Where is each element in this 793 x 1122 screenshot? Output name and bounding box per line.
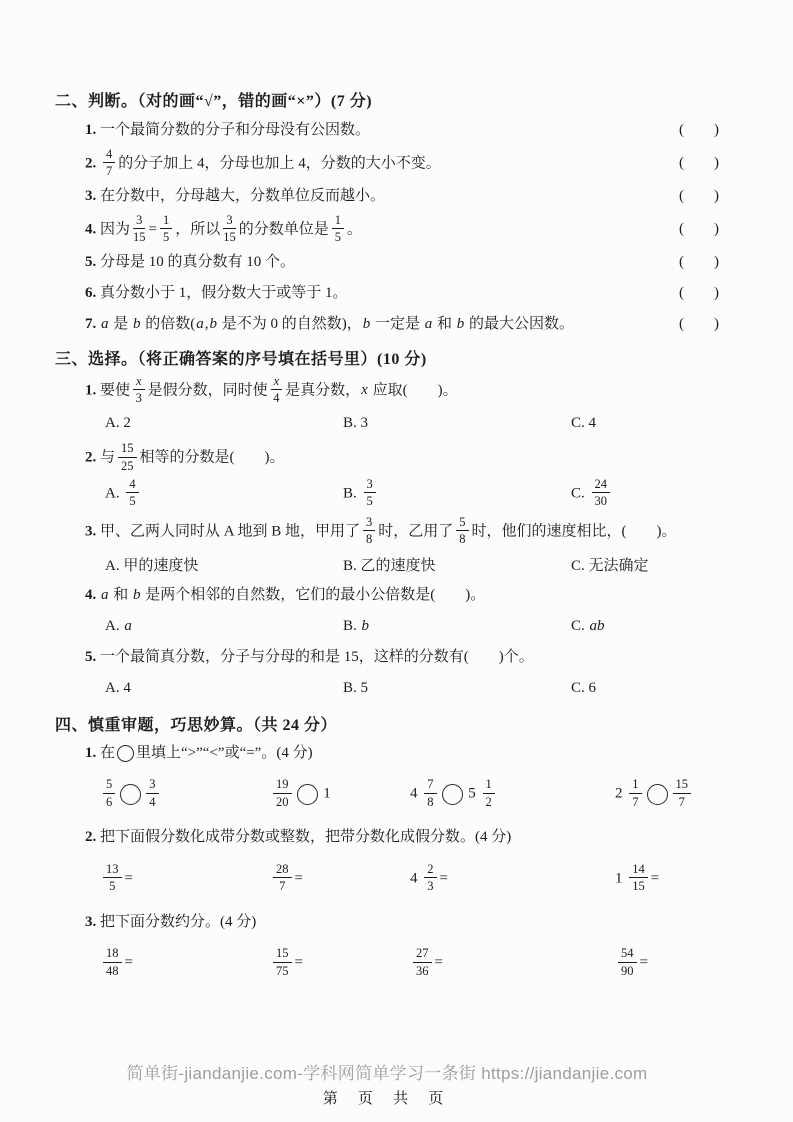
text-run: 是真分数， [285, 382, 360, 398]
text-run: 甲、乙两人同时从 A 地到 B 地，甲用了 [100, 523, 360, 539]
math-variable: b [362, 316, 372, 332]
text-run: C. 4 [571, 415, 596, 431]
choice-q2-stem: 2. 与1525相等的分数是( )。 [85, 442, 719, 474]
option-b: B. 35 [343, 478, 571, 510]
compare-expression: 1920 1 [270, 778, 410, 810]
text-run: 是两个相邻的自然数，它们的最小公倍数是( )。 [142, 587, 486, 603]
text-run: 的最大公因数。 [465, 316, 574, 332]
text-run: = [440, 870, 448, 886]
text-run: 的分数单位是 [239, 221, 329, 237]
fraction-denominator: 4 [273, 390, 279, 405]
compare-circle [647, 784, 668, 805]
text-run: 时，他们的速度相比，( )。 [472, 523, 677, 539]
section-calc-title: 四、慎重审题，巧思妙算。（共 24 分） [55, 712, 719, 735]
fraction: 56 [103, 777, 115, 809]
text-run: = [295, 954, 303, 970]
text-run: 和 [433, 316, 456, 332]
item-number: 5. [85, 649, 100, 665]
text-run: = [651, 870, 659, 886]
fraction-numerator: 5 [456, 515, 468, 531]
fraction-numerator: 5 [103, 777, 115, 793]
worksheet-page: 二、判断。（对的画“√”，错的画“×”）(7 分) 1. 一个最简分数的分子和分… [0, 0, 793, 1122]
fraction: 287 [273, 862, 292, 894]
page-footer: 简单街-jiandanjie.com-学科网简单学习一条街 https://ji… [55, 1059, 719, 1108]
answer-paren-slot: ( ) [679, 219, 719, 241]
fraction: 1848 [103, 946, 122, 978]
judge-item-text: 7. a 是 b 的倍数(a,b 是不为 0 的自然数)，b 一定是 a 和 b… [85, 314, 669, 336]
fraction-numerator: x [271, 374, 283, 390]
text-run: , [205, 316, 209, 332]
compare-circle [117, 745, 134, 762]
fraction-numerator: 27 [413, 946, 432, 962]
fraction: 35 [364, 477, 376, 509]
text-run: 的分子加上 4，分母也加上 4，分数的大小不变。 [118, 155, 441, 171]
fraction: 17 [629, 777, 641, 809]
fraction-numerator: x [133, 374, 145, 390]
fraction-denominator: 36 [416, 963, 429, 978]
math-variable: a [195, 316, 205, 332]
fraction-numerator: 28 [273, 862, 292, 878]
text-run: 四、慎重审题，巧思妙算。（共 24 分） [55, 717, 337, 734]
fraction: 135 [103, 862, 122, 894]
judge-item-text: 2. 47的分子加上 4，分母也加上 4，分数的大小不变。 [85, 148, 669, 180]
text-run: A. [105, 618, 123, 634]
option-b: B. 3 [343, 415, 571, 432]
compare-expression: 5634 [100, 778, 270, 810]
option-c: C. 4 [571, 415, 719, 432]
option-a: A. 4 [105, 680, 343, 697]
text-run: A. 2 [105, 415, 131, 431]
simplify-expression: 1848= [100, 947, 270, 979]
math-variable: b [132, 587, 142, 603]
section-calc: 四、慎重审题，巧思妙算。（共 24 分） 1. 在里填上“>”“<”或“=”。(… [55, 708, 719, 996]
fraction-denominator: 4 [149, 794, 155, 809]
calc-sub2-prompt: 2. 把下面假分数化成带分数或整数，把带分数化成假分数。(4 分) [85, 826, 719, 849]
text-run: B. 5 [343, 680, 368, 696]
section-judge: 二、判断。（对的画“√”，错的画“×”）(7 分) 1. 一个最简分数的分子和分… [55, 84, 719, 342]
fraction: x3 [133, 374, 145, 406]
option-a: A. a [105, 618, 343, 635]
fraction: 5490 [618, 946, 637, 978]
compare-expression: 4 78 5 12 [410, 778, 615, 810]
math-variable: ab [589, 618, 606, 634]
fraction-numerator: 54 [618, 946, 637, 962]
math-variable: a [100, 316, 110, 332]
fraction-denominator: 90 [621, 963, 634, 978]
judge-item-text: 4. 因为315=15，所以315的分数单位是15。 [85, 214, 669, 246]
fraction-numerator: 15 [673, 777, 692, 793]
text-run: 2 [615, 785, 626, 801]
simplify-expression: 5490= [615, 947, 719, 979]
item-number: 5. [85, 254, 100, 270]
fraction-numerator: 15 [118, 441, 137, 457]
judge-item-3: 3. 在分数中，分母越大，分数单位反而越小。 ( ) [85, 183, 719, 211]
text-run: 时，乙用了 [378, 523, 453, 539]
fraction-denominator: 8 [459, 531, 465, 546]
text-run: 与 [100, 450, 115, 466]
fraction: x4 [271, 374, 283, 406]
calc-sub3-prompt: 3. 把下面分数约分。(4 分) [85, 911, 719, 934]
text-run: 一定是 [371, 316, 424, 332]
text-run: C. 无法确定 [571, 558, 649, 574]
item-number: 1. [85, 745, 100, 761]
text-run: A. 4 [105, 680, 131, 696]
item-number: 1. [85, 122, 100, 138]
convert-expression: 287= [270, 863, 410, 895]
fraction-denominator: 6 [106, 794, 112, 809]
section-choice: 三、选择。（将正确答案的序号填在括号里）(10 分) 1. 要使x3是假分数，同… [55, 342, 719, 708]
compare-circle [120, 784, 141, 805]
text-run: 三、选择。（将正确答案的序号填在括号里）(10 分) [55, 351, 427, 368]
text-run: = [295, 870, 303, 886]
fraction-denominator: 5 [109, 878, 115, 893]
watermark-url: 简单街-jiandanjie.com-学科网简单学习一条街 https://ji… [55, 1059, 719, 1084]
text-run: 4 [410, 870, 421, 886]
fraction-denominator: 7 [106, 163, 112, 178]
fraction-denominator: 3 [136, 390, 142, 405]
choice-q4-stem: 4. a 和 b 是两个相邻的自然数，它们的最小公倍数是( )。 [85, 584, 719, 610]
fraction: 157 [673, 777, 692, 809]
option-a: A. 2 [105, 415, 343, 432]
choice-q3-stem: 3. 甲、乙两人同时从 A 地到 B 地，甲用了38时，乙用了58时，他们的速度… [85, 516, 719, 548]
calc-sub1-prompt: 1. 在里填上“>”“<”或“=”。(4 分) [85, 742, 719, 765]
math-variable: b [361, 618, 371, 634]
fraction-numerator: 1 [332, 213, 344, 229]
text-run: 应取( )。 [369, 382, 458, 398]
option-b: B. 乙的速度快 [343, 554, 571, 575]
fraction: 38 [363, 515, 375, 547]
math-variable: b [132, 316, 142, 332]
text-run: 是不为 0 的自然数)， [218, 316, 362, 332]
fraction-denominator: 75 [276, 963, 289, 978]
choice-q3-options: A. 甲的速度快 B. 乙的速度快 C. 无法确定 [105, 552, 719, 578]
item-number: 3. [85, 523, 100, 539]
answer-paren-slot: ( ) [679, 153, 719, 175]
text-run: 和 [110, 587, 133, 603]
answer-paren-slot: ( ) [679, 186, 719, 208]
item-number: 2. [85, 450, 100, 466]
text-run: 把下面分数约分。(4 分) [100, 914, 256, 930]
text-run: B. 3 [343, 415, 368, 431]
judge-item-2: 2. 47的分子加上 4，分母也加上 4，分数的大小不变。 ( ) [85, 148, 719, 180]
choice-q2-options: A. 45 B. 35 C. 2430 [105, 478, 719, 510]
text-run: 要使 [100, 382, 130, 398]
fraction-numerator: 3 [223, 213, 235, 229]
fraction-denominator: 8 [427, 794, 433, 809]
section-judge-title: 二、判断。（对的画“√”，错的画“×”）(7 分) [55, 88, 719, 111]
choice-q5-stem: 5. 一个最简真分数，分子与分母的和是 15，这样的分数有( )个。 [85, 646, 719, 672]
fraction: 1920 [273, 777, 292, 809]
math-variable: b [209, 316, 219, 332]
option-c: C. 无法确定 [571, 554, 719, 575]
fraction-denominator: 7 [632, 794, 638, 809]
fraction-numerator: 13 [103, 862, 122, 878]
fraction: 1575 [273, 946, 292, 978]
fraction-numerator: 24 [592, 477, 611, 493]
calc-sub3-row: 1848= 1575= 2736= 5490= [100, 939, 719, 987]
math-variable: b [456, 316, 466, 332]
fraction: 78 [424, 777, 436, 809]
option-c: C. 2430 [571, 478, 719, 510]
item-number: 7. [85, 316, 100, 332]
fraction: 47 [103, 147, 115, 179]
fraction-numerator: 18 [103, 946, 122, 962]
fraction-numerator: 3 [363, 515, 375, 531]
fraction: 315 [133, 213, 146, 245]
option-b: B. b [343, 618, 571, 635]
option-c: C. ab [571, 618, 719, 635]
fraction-numerator: 19 [273, 777, 292, 793]
answer-paren-slot: ( ) [679, 283, 719, 305]
text-run: = [640, 954, 648, 970]
fraction-denominator: 48 [106, 963, 119, 978]
judge-item-6: 6. 真分数小于 1，假分数大于或等于 1。 ( ) [85, 280, 719, 308]
item-number: 3. [85, 914, 100, 930]
page-number-label: 第 页 共 页 [55, 1087, 719, 1108]
fraction-numerator: 3 [364, 477, 376, 493]
fraction-numerator: 4 [103, 147, 115, 163]
compare-circle [442, 784, 463, 805]
judge-item-4: 4. 因为315=15，所以315的分数单位是15。 ( ) [85, 214, 719, 246]
text-run: 一个最简真分数，分子与分母的和是 15，这样的分数有( )个。 [100, 649, 534, 665]
text-run: 里填上“>”“<”或“=”。(4 分) [136, 745, 313, 761]
judge-item-5: 5. 分母是 10 的真分数有 10 个。 ( ) [85, 249, 719, 277]
judge-item-text: 6. 真分数小于 1，假分数大于或等于 1。 [85, 283, 669, 305]
fraction-denominator: 7 [679, 794, 685, 809]
fraction-numerator: 2 [424, 862, 436, 878]
fraction: 45 [126, 477, 138, 509]
math-variable: a [100, 587, 110, 603]
math-variable: a [424, 316, 434, 332]
option-a: A. 甲的速度快 [105, 554, 343, 575]
text-run: 1 [320, 785, 331, 801]
item-number: 2. [85, 829, 100, 845]
fraction-denominator: 8 [366, 531, 372, 546]
text-run: A. 甲的速度快 [105, 558, 198, 574]
item-number: 4. [85, 221, 100, 237]
choice-q4-options: A. a B. b C. ab [105, 614, 719, 640]
fraction-denominator: 20 [276, 794, 289, 809]
item-number: 3. [85, 188, 100, 204]
fraction-denominator: 2 [486, 794, 492, 809]
fraction-denominator: 3 [427, 878, 433, 893]
text-run: C. [571, 618, 589, 634]
fraction-numerator: 1 [629, 777, 641, 793]
fraction: 15 [160, 213, 172, 245]
text-run: 真分数小于 1，假分数大于或等于 1。 [100, 285, 348, 301]
fraction-numerator: 4 [126, 477, 138, 493]
judge-item-7: 7. a 是 b 的倍数(a,b 是不为 0 的自然数)，b 一定是 a 和 b… [85, 311, 719, 339]
judge-item-1: 1. 一个最简分数的分子和分母没有公因数。 ( ) [85, 117, 719, 145]
text-run: C. 6 [571, 680, 596, 696]
section-choice-title: 三、选择。（将正确答案的序号填在括号里）(10 分) [55, 346, 719, 369]
fraction-numerator: 7 [424, 777, 436, 793]
fraction-denominator: 5 [367, 493, 373, 508]
item-number: 1. [85, 382, 100, 398]
fraction-denominator: 5 [129, 493, 135, 508]
text-run: 把下面假分数化成带分数或整数，把带分数化成假分数。(4 分) [100, 829, 511, 845]
fraction-denominator: 7 [279, 878, 285, 893]
item-number: 4. [85, 587, 100, 603]
fraction-denominator: 15 [223, 229, 236, 244]
text-run: 是 [110, 316, 133, 332]
text-run: 的倍数( [142, 316, 196, 332]
fraction-numerator: 1 [160, 213, 172, 229]
text-run: ，所以 [175, 221, 220, 237]
answer-paren-slot: ( ) [679, 252, 719, 274]
fraction-denominator: 25 [121, 458, 134, 473]
calc-sub2-row: 135= 287= 4 23= 1 1415= [100, 855, 719, 903]
answer-paren-slot: ( ) [679, 120, 719, 142]
text-run: 相等的分数是( )。 [140, 450, 285, 466]
fraction: 58 [456, 515, 468, 547]
fraction: 15 [332, 213, 344, 245]
text-run: 是假分数，同时使 [148, 382, 268, 398]
text-run: 在分数中，分母越大，分数单位反而越小。 [100, 188, 385, 204]
judge-item-text: 3. 在分数中，分母越大，分数单位反而越小。 [85, 186, 669, 208]
text-run: = [125, 954, 133, 970]
fraction-denominator: 5 [335, 229, 341, 244]
fraction-numerator: 3 [133, 213, 145, 229]
item-number: 6. [85, 285, 100, 301]
convert-expression: 4 23= [410, 863, 615, 895]
text-run: 在 [100, 745, 115, 761]
calc-sub1-row: 5634 1920 1 4 78 5 12 2 17157 [100, 770, 719, 818]
text-run: 1 [615, 870, 626, 886]
compare-expression: 2 17157 [615, 778, 719, 810]
convert-expression: 135= [100, 863, 270, 895]
fraction: 23 [424, 862, 436, 894]
fraction-numerator: 3 [146, 777, 158, 793]
simplify-expression: 2736= [410, 947, 615, 979]
fraction-denominator: 5 [163, 229, 169, 244]
text-run: 二、判断。（对的画“√”，错的画“×”）(7 分) [55, 93, 372, 110]
text-run: = [125, 870, 133, 886]
text-run: 因为 [100, 221, 130, 237]
text-run: B. [343, 485, 361, 501]
math-variable: x [360, 382, 369, 398]
fraction: 1415 [629, 862, 648, 894]
option-b: B. 5 [343, 680, 571, 697]
text-run: = [149, 221, 157, 237]
option-a: A. 45 [105, 478, 343, 510]
choice-q1-options: A. 2 B. 3 C. 4 [105, 410, 719, 436]
judge-item-text: 5. 分母是 10 的真分数有 10 个。 [85, 252, 669, 274]
text-run: B. 乙的速度快 [343, 558, 436, 574]
option-c: C. 6 [571, 680, 719, 697]
compare-circle [297, 784, 318, 805]
text-run: C. [571, 485, 589, 501]
text-run: B. [343, 618, 361, 634]
item-number: 2. [85, 155, 100, 171]
text-run: = [435, 954, 443, 970]
convert-expression: 1 1415= [615, 863, 719, 895]
fraction-numerator: 1 [483, 777, 495, 793]
text-run: 。 [347, 221, 362, 237]
fraction: 12 [483, 777, 495, 809]
text-run: 4 [410, 785, 421, 801]
fraction: 2430 [592, 477, 611, 509]
text-run: 分母是 10 的真分数有 10 个。 [100, 254, 295, 270]
fraction: 34 [146, 777, 158, 809]
fraction-denominator: 30 [595, 493, 608, 508]
simplify-expression: 1575= [270, 947, 410, 979]
text-run: 5 [465, 785, 480, 801]
fraction: 1525 [118, 441, 137, 473]
answer-paren-slot: ( ) [679, 314, 719, 336]
fraction-numerator: 14 [629, 862, 648, 878]
text-run: 一个最简分数的分子和分母没有公因数。 [100, 122, 370, 138]
fraction: 315 [223, 213, 236, 245]
fraction-numerator: 15 [273, 946, 292, 962]
fraction: 2736 [413, 946, 432, 978]
fraction-denominator: 15 [632, 878, 645, 893]
choice-q1-stem: 1. 要使x3是假分数，同时使x4是真分数，x 应取( )。 [85, 375, 719, 407]
judge-item-text: 1. 一个最简分数的分子和分母没有公因数。 [85, 120, 669, 142]
text-run: A. [105, 485, 123, 501]
choice-q5-options: A. 4 B. 5 C. 6 [105, 676, 719, 702]
fraction-denominator: 15 [133, 229, 146, 244]
math-variable: a [123, 618, 133, 634]
